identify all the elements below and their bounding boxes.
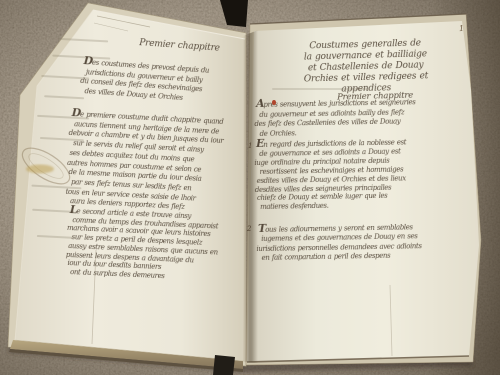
rubric-dot (272, 100, 276, 105)
margin-number-1: 1 (248, 142, 252, 150)
page-gutter (243, 30, 258, 363)
left-paragraph-3: Le second article a este trouve ainsycom… (67, 206, 238, 284)
right-paragraph-2: En regard des jurisdictions de la nobles… (256, 137, 441, 212)
right-paragraph-1: Apres sensuyvent les jurisdictions et se… (256, 96, 433, 140)
left-paragraph-2: De premiere coustume dudit chappitre qua… (67, 108, 242, 216)
margin-number-2: 2 (247, 225, 251, 233)
manuscript-photo: Premier chappitre Des coustumes des prev… (0, 0, 500, 375)
right-paragraph-3: Tous les adiournemens y seront en sembla… (258, 221, 439, 263)
spine-gap-bottom (213, 355, 235, 375)
stamp-ink-smudge (26, 165, 54, 174)
right-page-title: Coustumes generalles dela gouvernance et… (285, 38, 446, 97)
page-number: 1 (459, 24, 465, 33)
